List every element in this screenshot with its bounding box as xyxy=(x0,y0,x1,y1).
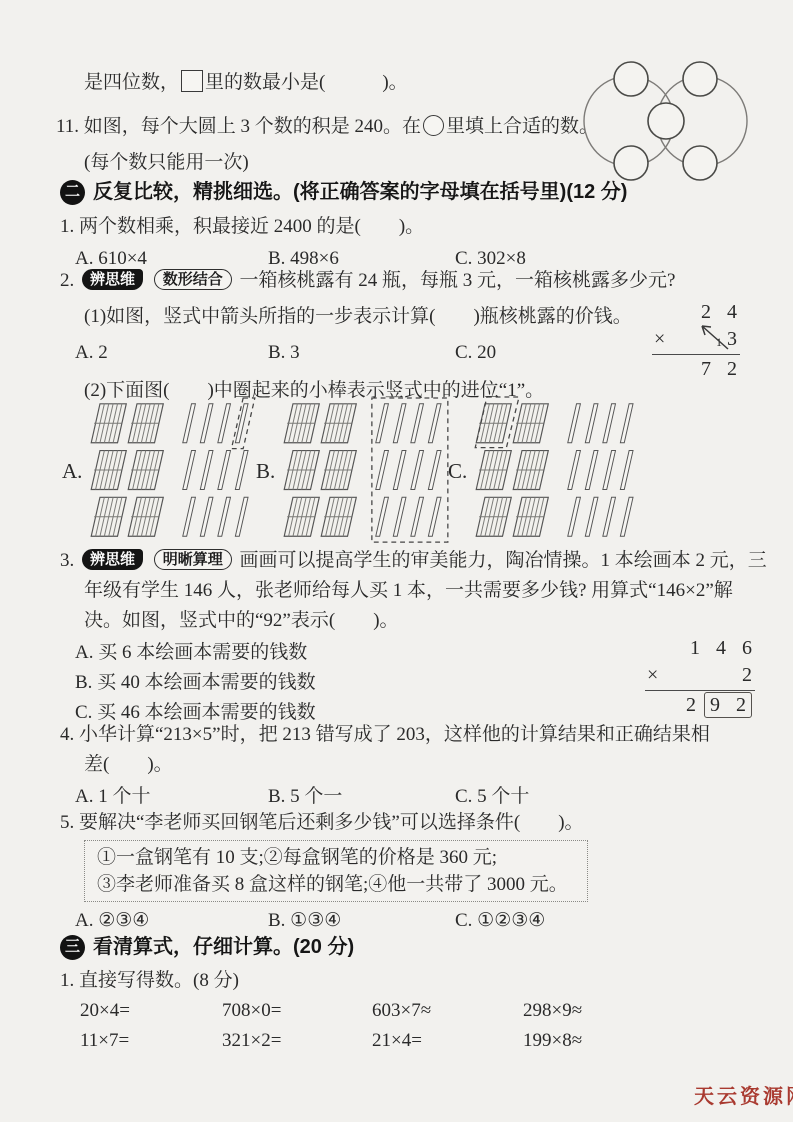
question-4-line1: 4. 小华计算“213×5”时，把 213 错写成了 203，这样他的计算结果和… xyxy=(60,722,710,748)
question-3-line2: 年级有学生 146 人，张老师给每人买 1 本，一共需要多少钱? 用算式“146… xyxy=(84,578,733,604)
section-3-header: 三 看清算式，仔细计算。(20 分) xyxy=(60,934,354,960)
vm1-multiplicand-row: 24 xyxy=(652,298,740,325)
calc-expression: 20×4= xyxy=(80,998,130,1024)
carry-digit: 1 xyxy=(716,332,722,352)
calc-row-2: 11×7= 321×2= 21×4= 199×8≈ xyxy=(0,1028,793,1054)
question-3-text1: 画画可以提高学生的审美能力，陶冶情操。1 本绘画本 2 元，三 xyxy=(240,550,767,571)
question-4-line2: 差( )。 xyxy=(84,752,173,778)
blank-square-box xyxy=(181,70,203,92)
vm2-boxed-digits: 92 xyxy=(710,694,762,716)
calc-expression: 21×4= xyxy=(372,1028,422,1054)
section-2-icon: 二 xyxy=(60,180,85,205)
sticks-figure-b: B. xyxy=(256,396,454,546)
vm2-multiplier-row: × 2 xyxy=(645,661,755,688)
calc-expression: 199×8≈ xyxy=(523,1028,582,1054)
option-b: B. 3 xyxy=(268,340,300,366)
question-2-sub1: (1)如图，竖式中箭头所指的一步表示计算( )瓶核桃露的价钱。 xyxy=(84,304,632,330)
option-a: A. 买 6 本绘画本需要的钱数 xyxy=(75,640,316,666)
section-2-header: 二 反复比较，精挑细选。(将正确答案的字母填在括号里)(12 分) xyxy=(60,179,627,205)
option-c: C. 20 xyxy=(455,340,496,366)
question-4-options: A. 1 个十 B. 5 个一 C. 5 个十 xyxy=(0,784,793,810)
condition-line2: ③李老师准备买 8 盒这样的钢笔;④他一共带了 3000 元。 xyxy=(97,871,575,898)
calc-expression: 603×7≈ xyxy=(372,998,431,1024)
vm2-product-row: 2 92 xyxy=(645,691,755,718)
option-c: C. ①②③④ xyxy=(455,908,545,934)
question-11-line1: 11. 如图，每个大圆上 3 个数的积是 240。在里填上合适的数。 xyxy=(56,114,598,140)
sticks-figure-c: C. xyxy=(448,396,646,546)
section-3-icon: 三 xyxy=(60,935,85,960)
vm2-product-hundreds: 2 xyxy=(686,692,696,718)
option-a: A. 2 xyxy=(75,340,108,366)
option-b: B. 买 40 本绘画本需要的钱数 xyxy=(75,670,316,696)
condition-line1: ①一盒钢笔有 10 支;②每盒钢笔的价格是 360 元; xyxy=(97,844,575,871)
question-2-text: 一箱核桃露有 24 瓶，每瓶 3 元，一箱核桃露多少元? xyxy=(240,270,676,291)
question-11-text-pre: 11. 如图，每个大圆上 3 个数的积是 240。在 xyxy=(56,116,421,137)
vm2-product-boxed: 92 xyxy=(704,692,752,718)
vm1-multiplier-row: × 1 3 xyxy=(652,325,740,352)
vm1-multiplicand: 24 xyxy=(701,299,753,325)
worksheet-page: 是四位数，里的数最小是( )。 11. 如图，每个大圆上 3 个数的积是 240… xyxy=(0,0,793,1122)
question-3-line3: 决。如图，竖式中的“92”表示( )。 xyxy=(84,608,399,634)
sticks-label-b: B. xyxy=(256,458,275,484)
question-2: 2. 辨思维 数形结合 一箱核桃露有 24 瓶，每瓶 3 元，一箱核桃露多少元? xyxy=(60,268,675,294)
option-b: B. 5 个一 xyxy=(268,784,342,810)
circles-diagram xyxy=(583,58,793,184)
calc-subtitle: 1. 直接写得数。(8 分) xyxy=(60,968,239,994)
calc-expression: 298×9≈ xyxy=(523,998,582,1024)
vm2-multiplier: 2 xyxy=(742,662,768,688)
sticks-label-a: A. xyxy=(62,458,82,484)
question-10-tail: 是四位数，里的数最小是( )。 xyxy=(84,70,408,96)
badge-shuxing-jiehe: 数形结合 xyxy=(154,269,232,290)
option-c: C. 5 个十 xyxy=(455,784,529,810)
question-2-number: 2. xyxy=(60,270,74,291)
sticks-figure-a: A. xyxy=(62,396,261,546)
question-11-text-post: 里填上合适的数。 xyxy=(446,116,598,137)
sticks-drawing-b xyxy=(280,396,454,546)
badge-bian-siwei: 辨思维 xyxy=(82,269,143,290)
vertical-multiplication-146x2: 146 × 2 2 92 xyxy=(645,634,755,718)
option-b: B. ①③④ xyxy=(268,908,341,934)
question-3-line1: 3. 辨思维 明晰算理 画画可以提高学生的审美能力，陶冶情操。1 本绘画本 2 … xyxy=(60,548,767,574)
question-5-condition-box: ①一盒钢笔有 10 支;②每盒钢笔的价格是 360 元; ③李老师准备买 8 盒… xyxy=(84,840,588,902)
blank-circle-box xyxy=(423,115,444,136)
section-3-title: 看清算式，仔细计算。(20 分) xyxy=(93,934,354,960)
badge-mingxi-suanli: 明晰算理 xyxy=(154,549,232,570)
question-1: 1. 两个数相乘，积最接近 2400 的是( )。 xyxy=(60,214,424,240)
sticks-label-c: C. xyxy=(448,458,467,484)
question-3-options: A. 买 6 本绘画本需要的钱数 B. 买 40 本绘画本需要的钱数 C. 买 … xyxy=(75,640,316,730)
site-watermark: 天云资源网 xyxy=(694,1084,793,1110)
calc-expression: 321×2= xyxy=(222,1028,281,1054)
vm1-multiplier: 3 xyxy=(727,326,753,352)
calc-row-1: 20×4= 708×0= 603×7≈ 298×9≈ xyxy=(0,998,793,1024)
vm2-multiplicand: 146 xyxy=(690,635,768,661)
multiply-sign: × xyxy=(652,326,665,352)
question-10-tail-post: 里的数最小是( )。 xyxy=(205,72,408,93)
question-3-number: 3. xyxy=(60,550,74,571)
calc-expression: 11×7= xyxy=(80,1028,129,1054)
section-2-title: 反复比较，精挑细选。(将正确答案的字母填在括号里)(12 分) xyxy=(93,179,627,205)
vm1-product-row: 72 xyxy=(652,355,740,382)
calc-expression: 708×0= xyxy=(222,998,281,1024)
badge-bian-siwei: 辨思维 xyxy=(82,549,143,570)
vm2-multiplicand-row: 146 xyxy=(645,634,755,661)
question-5-line1: 5. 要解决“李老师买回钢笔后还剩多少钱”可以选择条件( )。 xyxy=(60,810,584,836)
option-a: A. ②③④ xyxy=(75,908,149,934)
sticks-drawing-a xyxy=(87,396,261,546)
option-a: A. 1 个十 xyxy=(75,784,150,810)
question-5-options: A. ②③④ B. ①③④ C. ①②③④ xyxy=(0,908,793,934)
vm1-product: 72 xyxy=(701,356,753,382)
question-11-line2: (每个数只能用一次) xyxy=(84,150,249,176)
vertical-multiplication-24x3: 24 × 1 3 72 xyxy=(652,298,740,382)
multiply-sign: × xyxy=(645,662,658,688)
question-10-tail-pre: 是四位数， xyxy=(84,72,179,93)
sticks-drawing-c xyxy=(472,396,646,546)
